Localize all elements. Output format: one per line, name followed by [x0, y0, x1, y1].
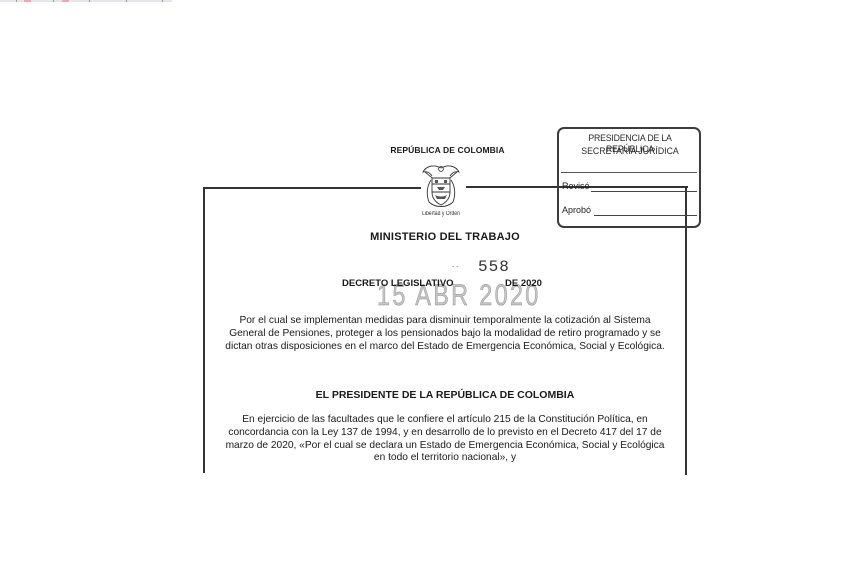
stamp-reviewed-label: Revisó [562, 181, 590, 191]
toolbar-divider [16, 0, 17, 2]
frame-border-top-left [203, 187, 421, 189]
decree-year: DE 2020 [505, 278, 542, 289]
toolbar-divider [89, 0, 90, 2]
toolbar-divider [162, 0, 163, 2]
stamp-divider [561, 172, 697, 173]
toolbar-highlight-mark [24, 0, 31, 2]
issuer-heading: EL PRESIDENTE DE LA REPÚBLICA DE COLOMBI… [250, 389, 640, 401]
stamp-approved-signature-line [594, 215, 697, 216]
preamble-paragraph: En ejercicio de las facultades que le co… [220, 414, 670, 465]
decree-prefix-mark: - - [452, 264, 459, 271]
toolbar-highlight-mark [62, 0, 69, 2]
colombia-coat-of-arms-icon [420, 162, 462, 210]
decree-label: DECRETO LEGISLATIVO [342, 278, 454, 289]
frame-border-left [203, 187, 205, 473]
document-page: REPÚBLICA DE COLOMBIA [0, 0, 850, 567]
toolbar-divider [53, 0, 54, 2]
viewer-toolbar-fragment [0, 0, 172, 2]
toolbar-divider [126, 0, 127, 2]
stamp-approved-label: Aprobó [562, 205, 591, 215]
frame-border-right [685, 186, 687, 475]
motto-text: Libertad y Orden [415, 211, 468, 217]
decree-number: 558 [478, 258, 510, 276]
stamp-subtitle: SECRETARÍA JURÍDICA [565, 146, 696, 157]
ministry-heading: MINISTERIO DEL TRABAJO [300, 231, 590, 243]
stamp-reviewed-signature-line [591, 191, 697, 192]
decree-summary: Por el cual se implementan medidas para … [222, 315, 668, 353]
country-heading: REPÚBLICA DE COLOMBIA [380, 145, 515, 155]
